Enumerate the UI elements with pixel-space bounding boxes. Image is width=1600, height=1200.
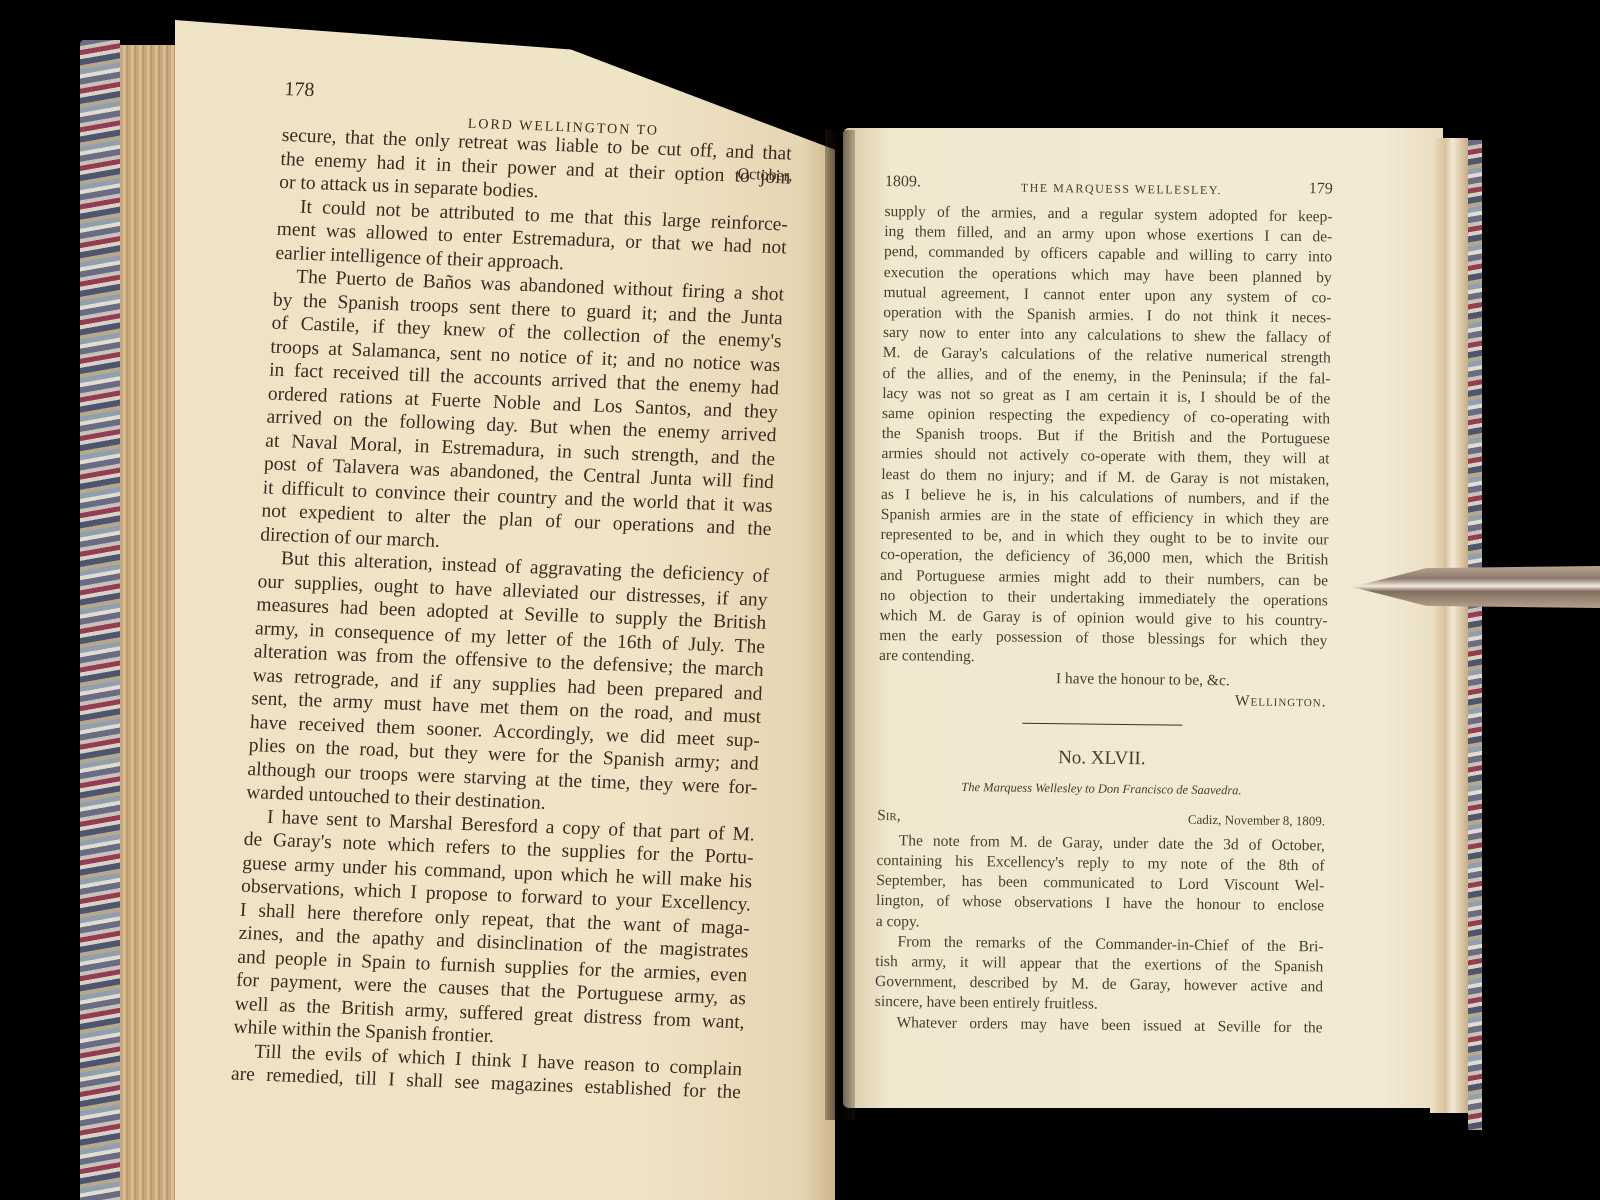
marbled-edge-left <box>80 40 120 1200</box>
running-year: 1809. <box>885 172 921 193</box>
right-running-head: 1809. THE MARQUESS WELLESLEY. 179 <box>885 172 1333 207</box>
page-block-edge <box>120 45 180 1200</box>
letter-subtitle: The Marquess Wellesley to Don Francisco … <box>877 776 1325 802</box>
book-gutter <box>825 130 855 1120</box>
marbled-edge-right <box>1468 140 1482 1130</box>
salutation: Sir, <box>877 806 901 826</box>
place-date: Cadiz, November 8, 1809. <box>1188 810 1325 832</box>
right-page-text: 1809. THE MARQUESS WELLESLEY. 179 supply… <box>874 172 1332 1038</box>
running-title-right: THE MARQUESS WELLESLEY. <box>1021 178 1222 201</box>
page-number-left: 178 <box>284 78 315 103</box>
signature: Wellington. <box>878 687 1326 713</box>
page-number-right: 179 <box>1309 179 1333 199</box>
salutation-row: Sir, Cadiz, November 8, 1809. <box>877 806 1325 832</box>
left-page-text: 178 LORD WELLINGTON TO October, secure, … <box>230 78 794 1105</box>
section-rule <box>1022 723 1182 726</box>
page-edge-right <box>1430 138 1468 1113</box>
left-body: secure, that the only retreat was liable… <box>230 124 792 1105</box>
letter-number-heading: No. XLVII. <box>878 746 1326 772</box>
margin-date: October, <box>737 163 793 188</box>
letter-body: The note from M. de Garay, under date th… <box>874 831 1324 1038</box>
right-body: supply of the armies, and a regular syst… <box>879 202 1333 672</box>
